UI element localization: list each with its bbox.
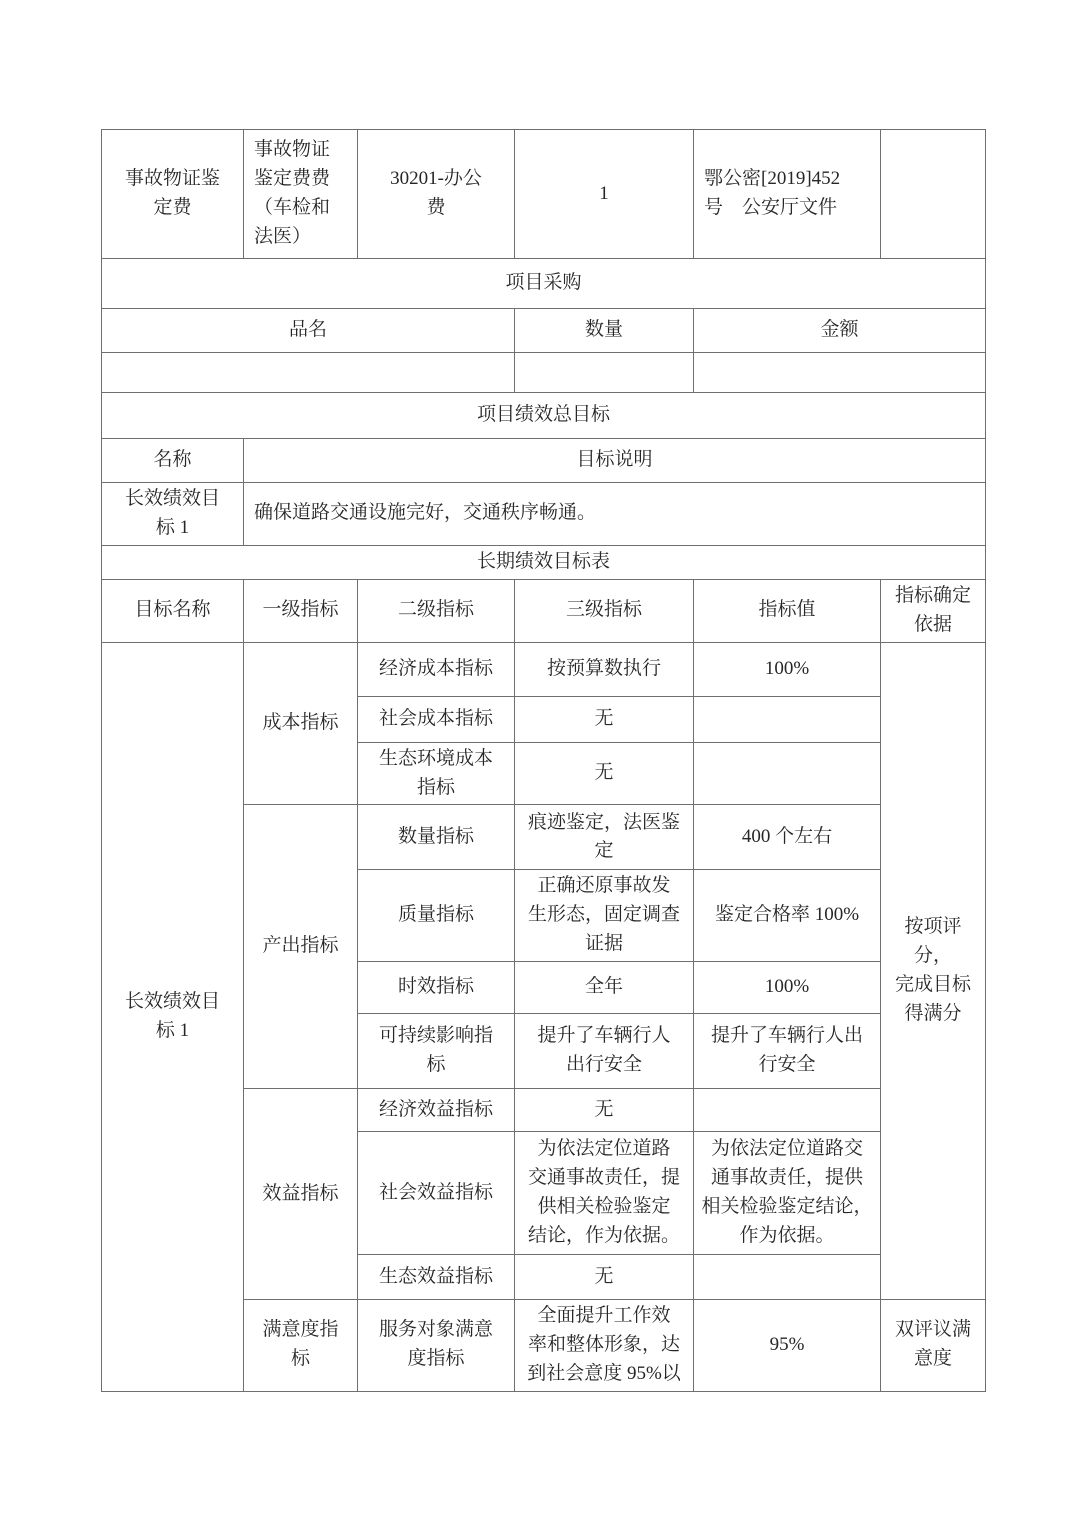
document-page: 事故物证鉴 定费 事故物证 鉴定费费 （车检和 法医） 30201-办公 费 1… (0, 0, 1074, 1520)
procurement-section-row: 项目采购 (102, 259, 986, 309)
cell-level3-indicator: 正确还原事故发 生形态，固定调查 证据 (515, 870, 694, 962)
cell-level3-indicator: 无 (515, 696, 694, 742)
cell-level2-indicator: 服务对象满意 度指标 (358, 1300, 515, 1392)
header-quantity: 数量 (515, 309, 694, 353)
cell-note (881, 130, 986, 259)
cell-document-basis: 鄂公密[2019]452 号 公安厅文件 (694, 130, 881, 259)
header-target-name: 目标名称 (102, 579, 244, 642)
cell-budget-subject: 30201-办公 费 (358, 130, 515, 259)
cell-level3-indicator: 按预算数执行 (515, 642, 694, 696)
header-level1-indicator: 一级指标 (244, 579, 358, 642)
cell-expense-name: 事故物证鉴 定费 (102, 130, 244, 259)
procurement-empty-row (102, 353, 986, 393)
cell-indicator-value: 100% (694, 642, 881, 696)
header-product-name: 品名 (102, 309, 515, 353)
cell-longterm-goal-name: 长效绩效目 标 1 (102, 642, 244, 1391)
section-longterm-title: 长期绩效目标表 (102, 545, 986, 579)
cell-level3-indicator: 无 (515, 1255, 694, 1300)
cell-level2-indicator: 质量指标 (358, 870, 515, 962)
cell-indicator-value (694, 696, 881, 742)
cell-indicator-value (694, 1255, 881, 1300)
overall-goal-section-row: 项目绩效总目标 (102, 393, 986, 439)
cell-basis-scoring: 按项评分， 完成目标 得满分 (881, 642, 986, 1299)
cell-goal-name: 长效绩效目 标 1 (102, 483, 244, 546)
cell-level3-indicator: 无 (515, 742, 694, 805)
overall-goal-header-row: 名称 目标说明 (102, 439, 986, 483)
cell-level3-indicator: 痕迹鉴定，法医鉴 定 (515, 805, 694, 870)
cell-level3-indicator: 为依法定位道路 交通事故责任，提 供相关检验鉴定 结论，作为依据。 (515, 1132, 694, 1255)
cell-expense-subitem: 事故物证 鉴定费费 （车检和 法医） (244, 130, 358, 259)
procurement-empty-product (102, 353, 515, 393)
performance-target-table: 事故物证鉴 定费 事故物证 鉴定费费 （车检和 法医） 30201-办公 费 1… (101, 129, 986, 1392)
section-procurement-title: 项目采购 (102, 259, 986, 309)
cell-level2-indicator: 生态效益指标 (358, 1255, 515, 1300)
cell-level2-indicator: 经济效益指标 (358, 1089, 515, 1132)
cell-level2-indicator: 可持续影响指 标 (358, 1014, 515, 1089)
cell-indicator-value (694, 742, 881, 805)
cell-indicator-value: 400 个左右 (694, 805, 881, 870)
cell-quantity: 1 (515, 130, 694, 259)
cell-level3-indicator: 无 (515, 1089, 694, 1132)
cell-level3-indicator: 全年 (515, 962, 694, 1014)
header-determination-basis: 指标确定 依据 (881, 579, 986, 642)
cell-indicator-value: 鉴定合格率 100% (694, 870, 881, 962)
section-overall-goal-title: 项目绩效总目标 (102, 393, 986, 439)
header-level3-indicator: 三级指标 (515, 579, 694, 642)
cell-level2-indicator: 社会成本指标 (358, 696, 515, 742)
header-indicator-value: 指标值 (694, 579, 881, 642)
cell-level1-satisfaction: 满意度指 标 (244, 1300, 358, 1392)
procurement-header-row: 品名 数量 金额 (102, 309, 986, 353)
cell-level3-indicator: 提升了车辆行人 出行安全 (515, 1014, 694, 1089)
cell-indicator-value: 95% (694, 1300, 881, 1392)
cell-level3-indicator: 全面提升工作效 率和整体形象，达 到社会意度 95%以 (515, 1300, 694, 1392)
header-goal-name: 名称 (102, 439, 244, 483)
cell-goal-description: 确保道路交通设施完好，交通秩序畅通。 (244, 483, 986, 546)
cell-level1-benefit: 效益指标 (244, 1089, 358, 1300)
cell-level1-output: 产出指标 (244, 805, 358, 1089)
cell-level1-cost: 成本指标 (244, 642, 358, 805)
expense-row: 事故物证鉴 定费 事故物证 鉴定费费 （车检和 法医） 30201-办公 费 1… (102, 130, 986, 259)
header-amount: 金额 (694, 309, 986, 353)
header-level2-indicator: 二级指标 (358, 579, 515, 642)
cell-level2-indicator: 社会效益指标 (358, 1132, 515, 1255)
longterm-header-row: 目标名称 一级指标 二级指标 三级指标 指标值 指标确定 依据 (102, 579, 986, 642)
overall-goal-row: 长效绩效目 标 1 确保道路交通设施完好，交通秩序畅通。 (102, 483, 986, 546)
cell-level2-indicator: 数量指标 (358, 805, 515, 870)
cell-level2-indicator: 生态环境成本 指标 (358, 742, 515, 805)
procurement-empty-quantity (515, 353, 694, 393)
longterm-section-row: 长期绩效目标表 (102, 545, 986, 579)
cell-indicator-value: 为依法定位道路交 通事故责任，提供 相关检验鉴定结论， 作为依据。 (694, 1132, 881, 1255)
cell-level2-indicator: 时效指标 (358, 962, 515, 1014)
procurement-empty-amount (694, 353, 986, 393)
header-goal-description: 目标说明 (244, 439, 986, 483)
cell-indicator-value: 100% (694, 962, 881, 1014)
cell-level2-indicator: 经济成本指标 (358, 642, 515, 696)
indicator-row: 长效绩效目 标 1 成本指标 经济成本指标 按预算数执行 100% 按项评分， … (102, 642, 986, 696)
cell-indicator-value (694, 1089, 881, 1132)
cell-indicator-value: 提升了车辆行人出 行安全 (694, 1014, 881, 1089)
cell-basis-satisfaction: 双评议满 意度 (881, 1300, 986, 1392)
